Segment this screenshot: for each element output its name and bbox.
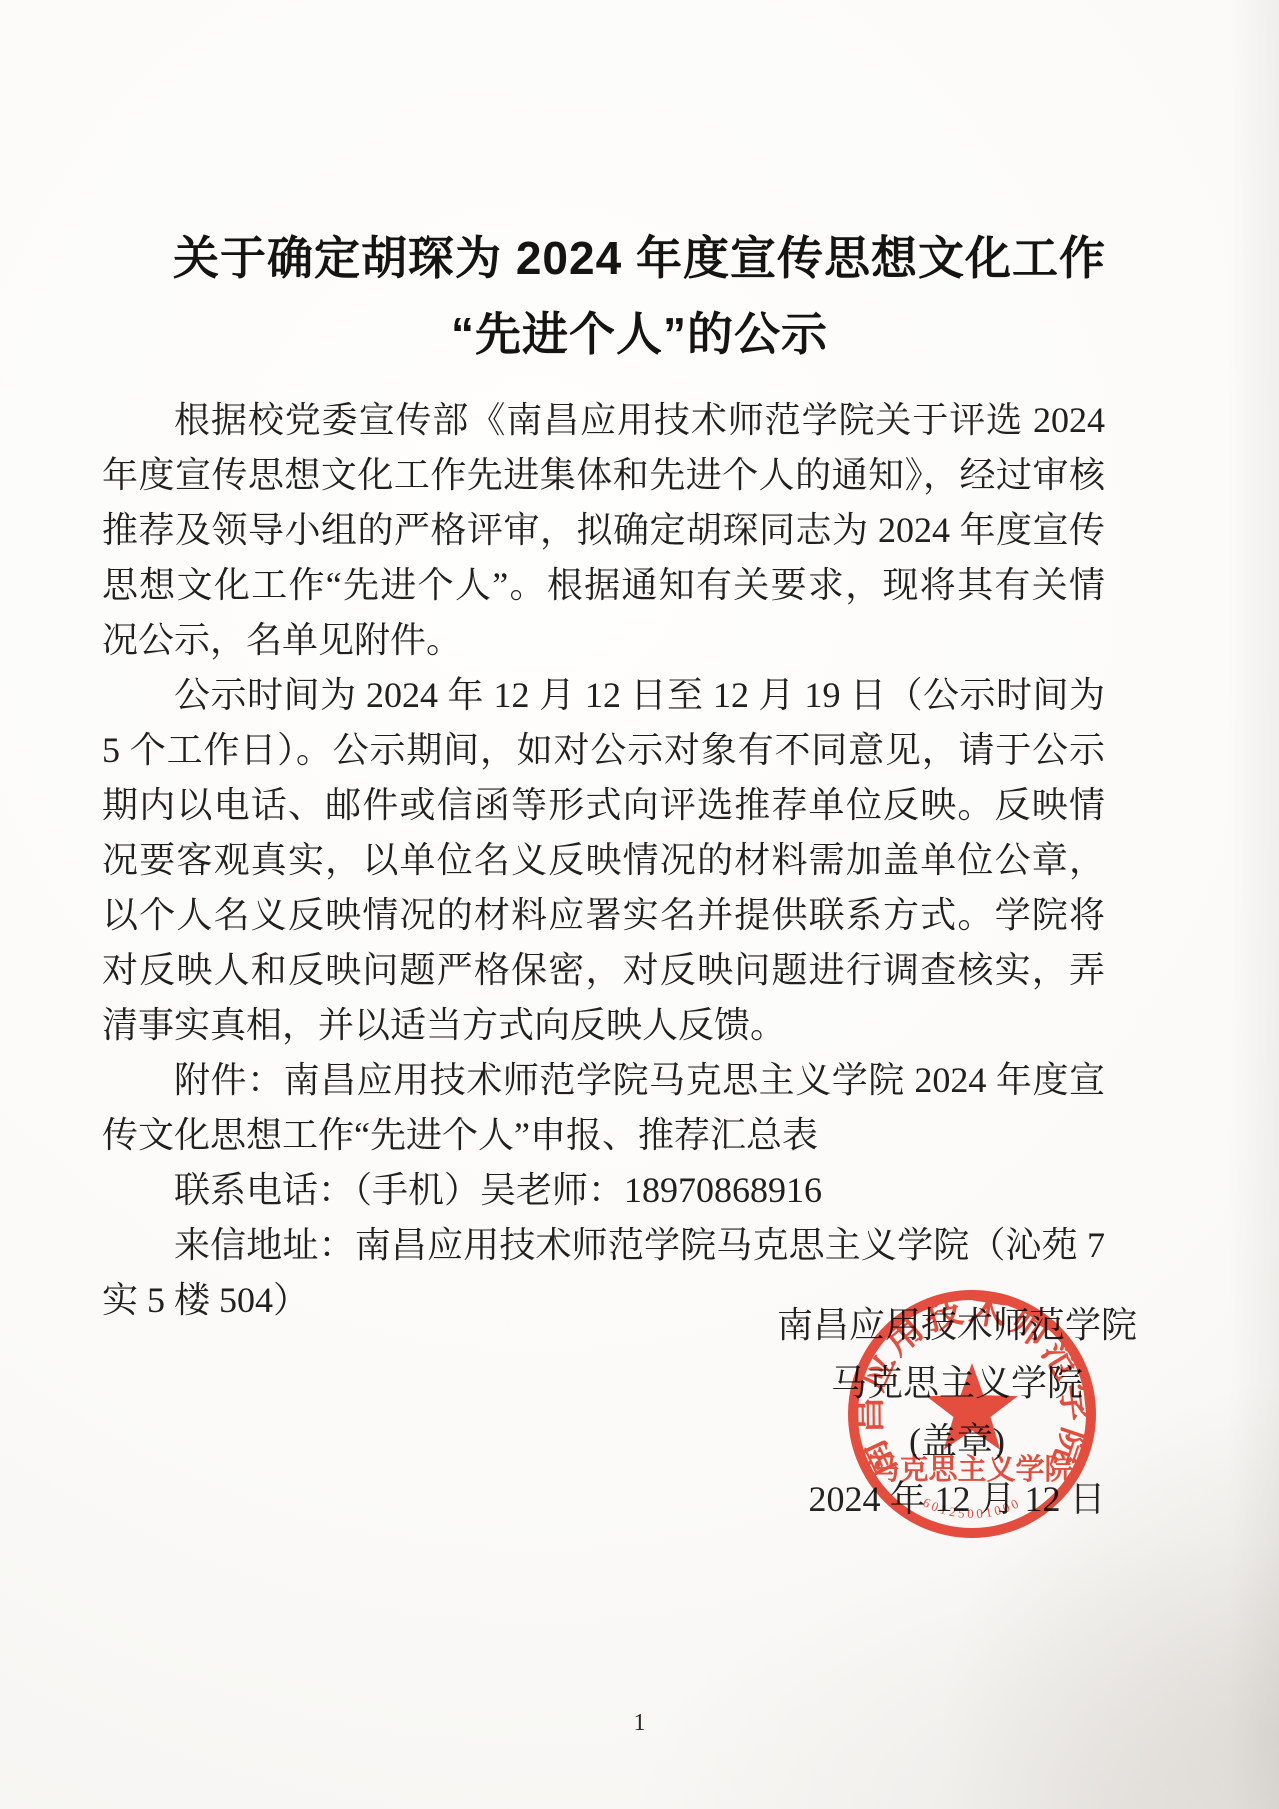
scanned-notice-page: 关于确定胡琛为 2024 年度宣传思想文化工作 “先进个人”的公示 根据校党委宣… xyxy=(0,0,1279,1809)
paragraph-contact-phone: 联系电话：（手机）吴老师：18970868916 xyxy=(102,1163,1105,1218)
signature-block: 南昌应用技术师范学院 马克思主义学院 (盖章) 2024 年 12 月 12 日 xyxy=(756,1296,1158,1528)
document-body: 根据校党委宣传部《南昌应用技术师范学院关于评选 2024 年度宣传思想文化工作先… xyxy=(102,393,1105,1328)
document-title: 关于确定胡琛为 2024 年度宣传思想文化工作 “先进个人”的公示 xyxy=(0,220,1279,372)
paragraph-attachment: 附件：南昌应用技术师范学院马克思主义学院 2024 年度宣传文化思想工作“先进个… xyxy=(102,1053,1105,1163)
signature-seal-note: (盖章) xyxy=(756,1412,1158,1470)
signature-org-line-2: 马克思主义学院 xyxy=(756,1354,1158,1412)
page-number: 1 xyxy=(0,1710,1279,1737)
signature-org-line-1: 南昌应用技术师范学院 xyxy=(756,1296,1158,1354)
paragraph-publicity-period: 公示时间为 2024 年 12 月 12 日至 12 月 19 日（公示时间为 … xyxy=(102,668,1105,1053)
title-line-2: “先进个人”的公示 xyxy=(0,296,1279,372)
paragraph-intro: 根据校党委宣传部《南昌应用技术师范学院关于评选 2024 年度宣传思想文化工作先… xyxy=(102,393,1105,668)
title-line-1: 关于确定胡琛为 2024 年度宣传思想文化工作 xyxy=(0,220,1279,296)
signature-date: 2024 年 12 月 12 日 xyxy=(756,1470,1158,1528)
